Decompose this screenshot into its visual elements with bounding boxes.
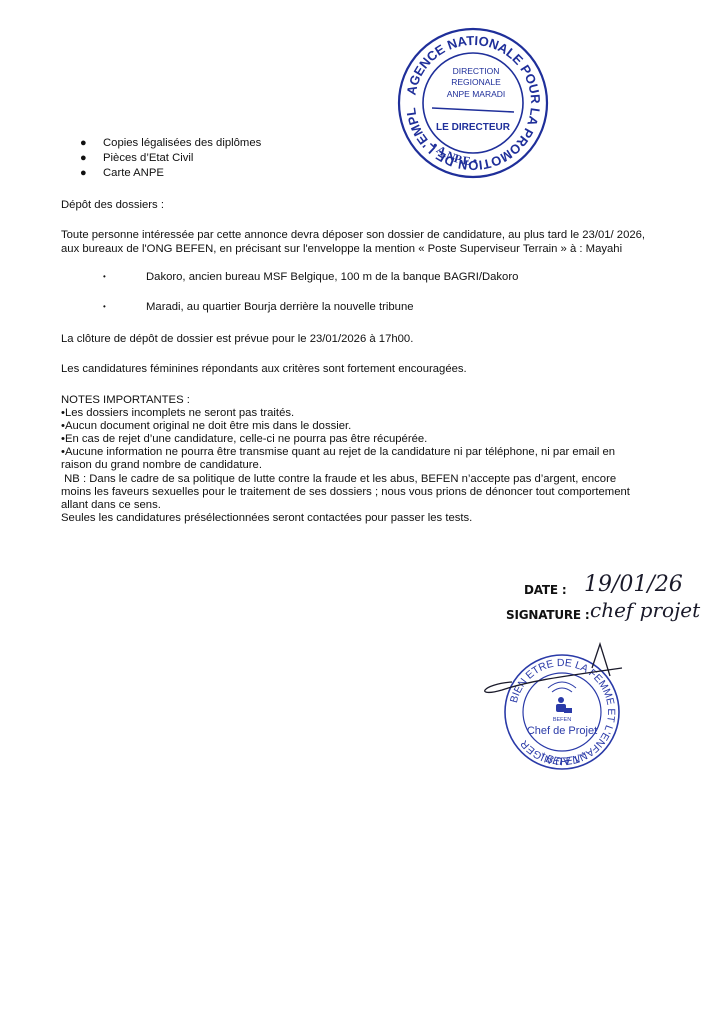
bullet-icon: ●	[80, 151, 87, 165]
note-line: moins les faveurs sexuelles pour le trai…	[61, 485, 630, 499]
signature-label: SIGNATURE :	[506, 608, 590, 622]
note-line: Seules les candidatures présélectionnées…	[61, 511, 472, 525]
befen-stamp: BIEN ETRE DE LA FEMME ET L'ENFANT AU NIG…	[472, 640, 632, 780]
note-line: •Aucun document original ne doit être mi…	[61, 419, 351, 433]
date-value: 19/01/26	[584, 572, 683, 597]
befen-logo-text: BEFEN	[553, 717, 571, 723]
location-item: Dakoro, ancien bureau MSF Belgique, 100 …	[146, 270, 518, 284]
note-line: •Les dossiers incomplets ne seront pas t…	[61, 406, 294, 420]
stamp-line: ANPE MARADI	[447, 89, 506, 99]
note-line: •En cas de rejet d’une candidature, cell…	[61, 432, 427, 446]
stamp-line: DIRECTION	[453, 66, 500, 76]
deposit-heading: Dépôt des dossiers :	[61, 198, 164, 212]
list-item: Pièces d’Etat Civil	[103, 151, 193, 165]
stamp-title: Chef de Projet	[527, 725, 597, 737]
list-item: Carte ANPE	[103, 166, 164, 180]
note-line: allant dans ce sens.	[61, 498, 161, 512]
notes-heading: NOTES IMPORTANTES :	[61, 393, 190, 407]
stamp-line: REGIONALE	[451, 77, 501, 87]
bullet-icon: •	[103, 270, 106, 284]
deposit-paragraph-line: Toute personne intéressée par cette anno…	[61, 228, 645, 242]
note-line: NB : Dans le cadre de sa politique de lu…	[61, 472, 616, 486]
stamp-title: LE DIRECTEUR	[436, 122, 511, 133]
bullet-icon: ●	[80, 136, 87, 150]
deposit-paragraph-line: aux bureaux de l'ONG BEFEN, en précisant…	[61, 242, 622, 256]
anpe-stamp: AGENCE NATIONALE POUR LA PROMOTION DE L'…	[396, 26, 550, 180]
date-label: DATE :	[524, 583, 566, 597]
signature-value: chef projet	[590, 598, 700, 622]
closing-text: La clôture de dépôt de dossier est prévu…	[61, 332, 413, 346]
note-line: raison du grand nombre de candidature.	[61, 458, 262, 472]
note-line: •Aucune information ne pourra être trans…	[61, 445, 615, 459]
women-encouraged-text: Les candidatures féminines répondants au…	[61, 362, 467, 376]
befen-logo-icon	[548, 682, 576, 713]
bullet-icon: •	[103, 300, 106, 314]
list-item: Copies légalisées des diplômes	[103, 136, 261, 150]
bullet-icon: ●	[80, 166, 87, 180]
location-item: Maradi, au quartier Bourja derrière la n…	[146, 300, 414, 314]
